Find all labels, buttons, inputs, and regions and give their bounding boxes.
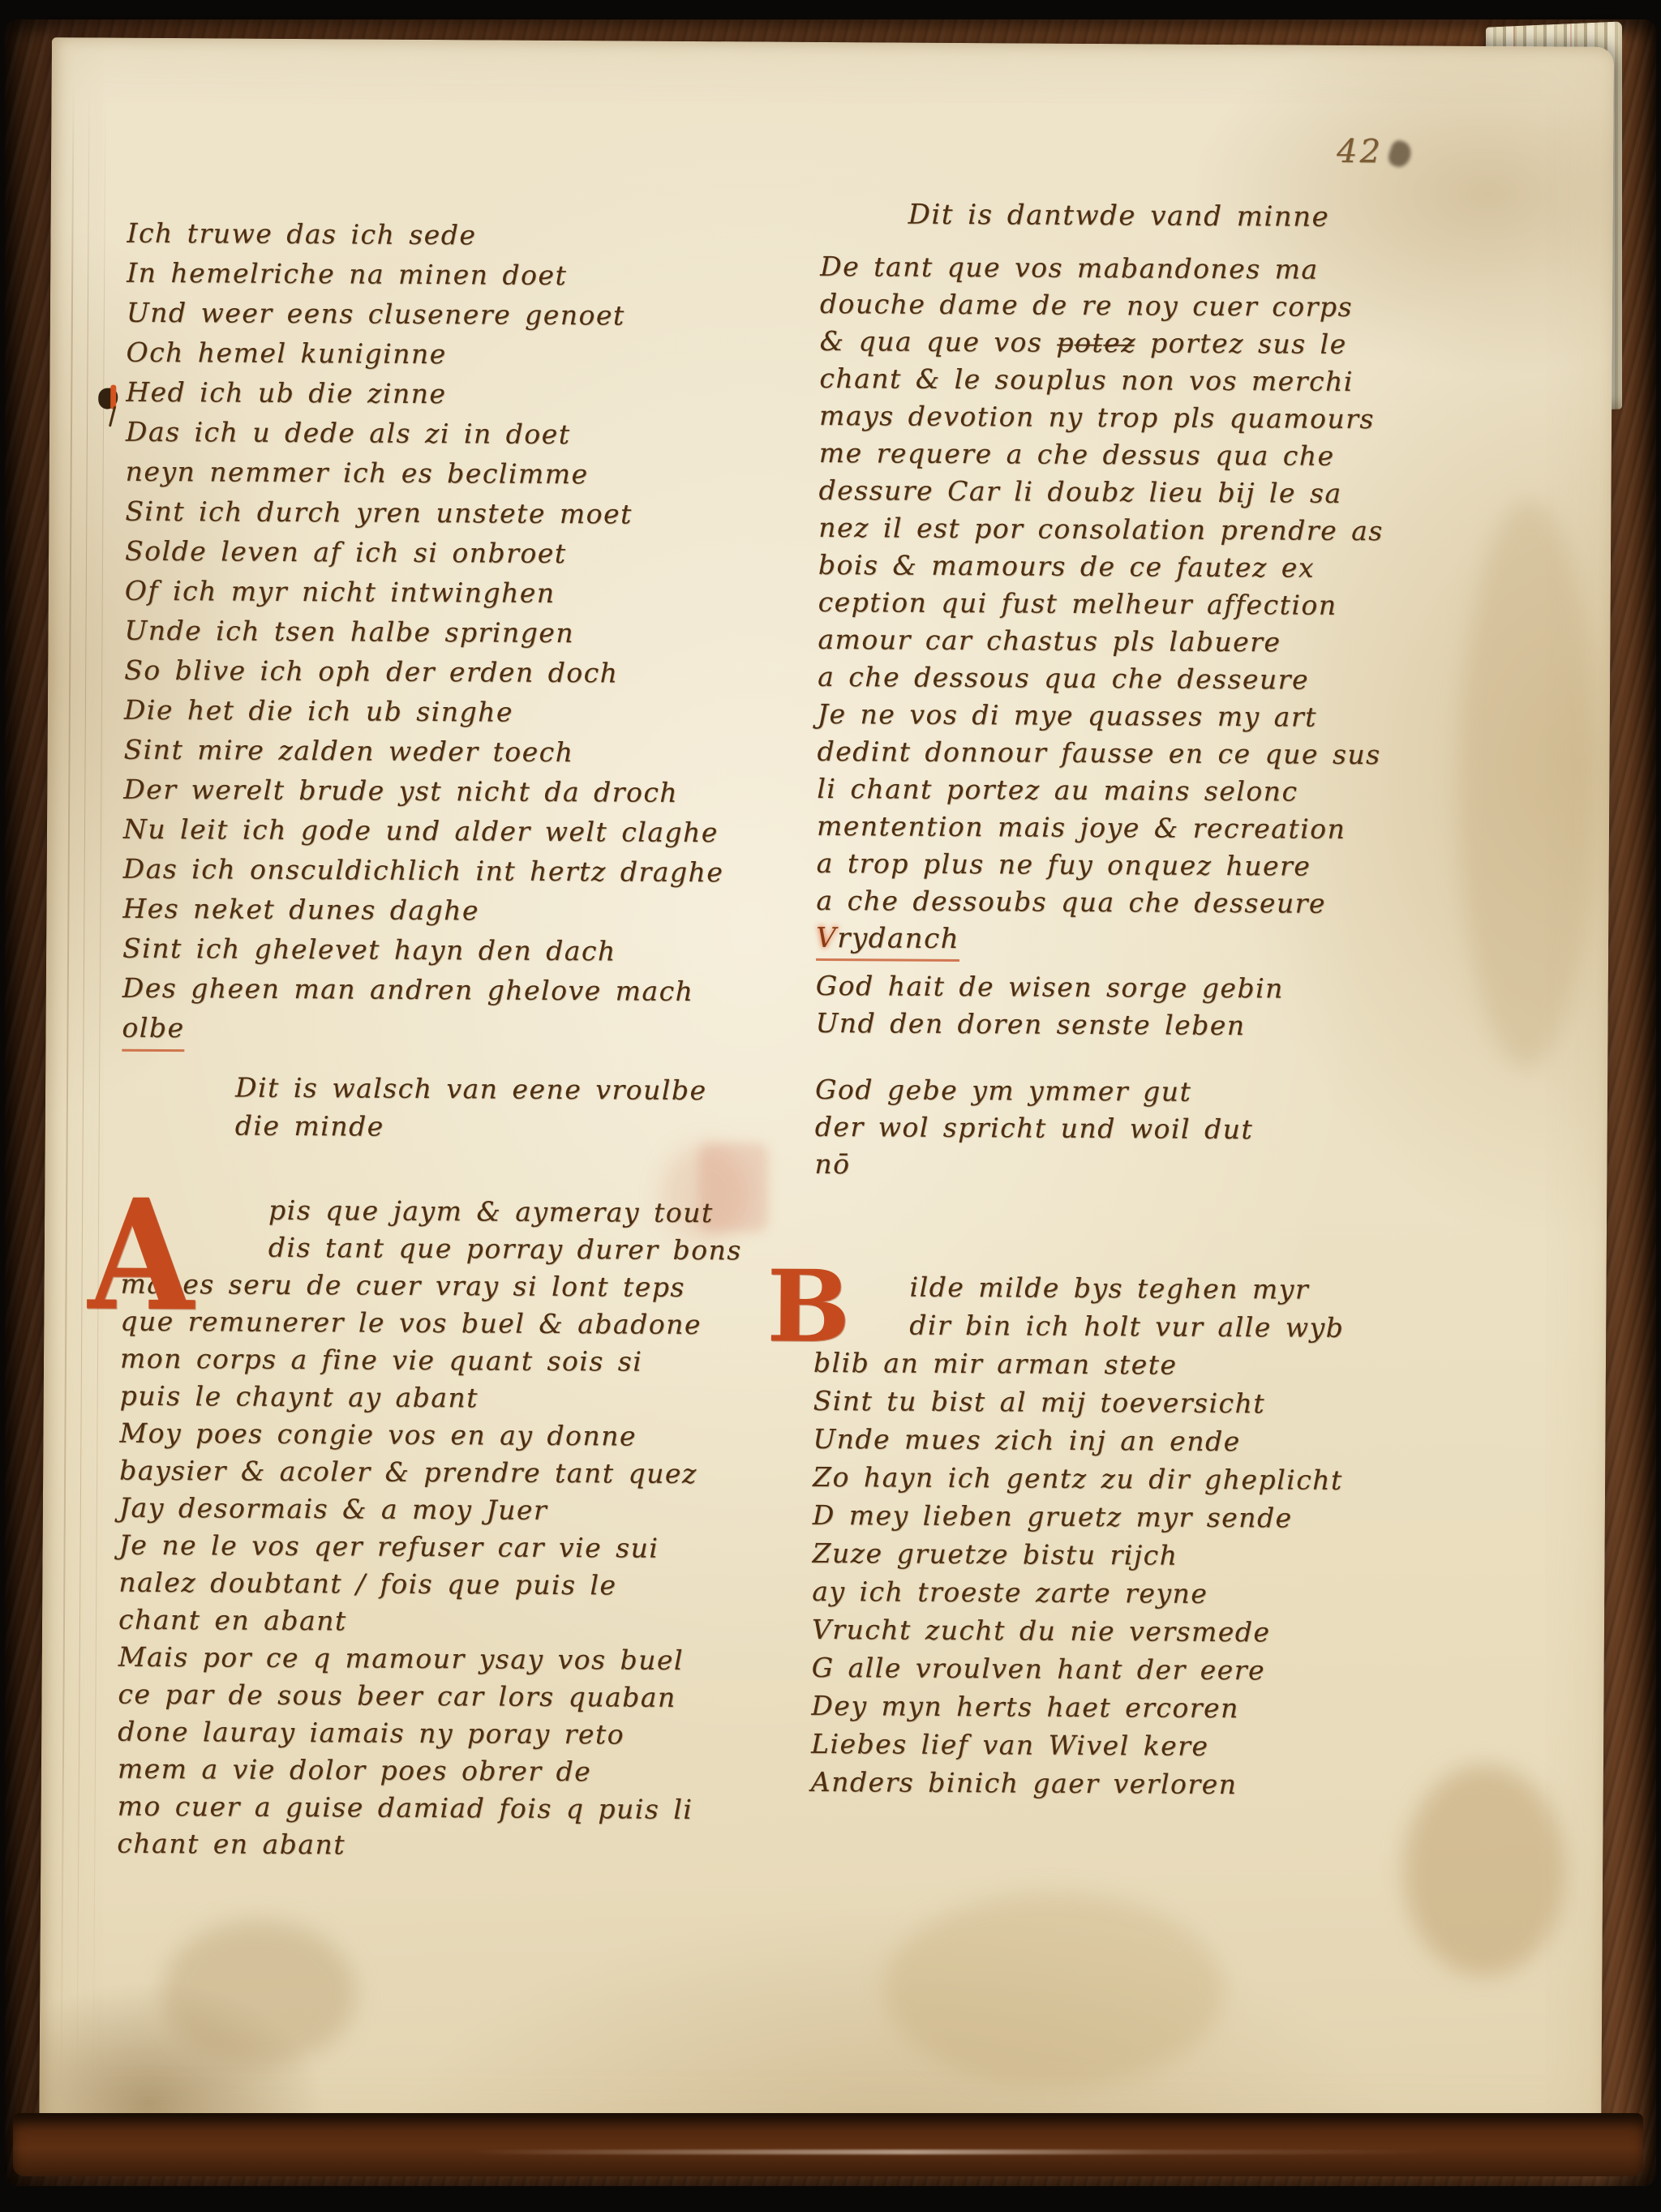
poem-line: Der werelt brude yst nicht da droch <box>123 769 845 813</box>
center-word: olbe <box>122 1008 184 1052</box>
poem-line: mays devotion ny trop pls quamours <box>819 397 1533 439</box>
poem-line: Und weer eens clusenere genoet <box>127 293 848 337</box>
parchment-crease <box>76 79 89 2103</box>
right-column-heading: Dit is dantwde vand minne <box>908 194 1534 240</box>
pilcrow-tail <box>109 406 116 427</box>
manuscript-page: 42 Ich truwe das ich sedeIn hemelriche n… <box>39 37 1614 2155</box>
poem-line: Sint mire zalden weder toech <box>123 730 845 774</box>
poem-line: a che dessous qua che desseure <box>818 658 1531 700</box>
poem-line: me requere a che dessus qua che <box>819 435 1533 476</box>
parchment-stain <box>883 1891 1225 2088</box>
poem-line: Och hemel kuniginne <box>126 332 848 376</box>
poem-line: der wol spricht und woil dut <box>815 1108 1529 1150</box>
poem-line: Zo hayn ich gentz zu dir gheplicht <box>813 1458 1526 1500</box>
poem-line: douche dame de re noy cuer corps <box>820 285 1534 327</box>
leather-binding: 42 Ich truwe das ich sedeIn hemelriche n… <box>5 19 1656 2186</box>
poem-line: Liebes lief van Wivel kere <box>811 1725 1525 1767</box>
poem-line: que remunerer le vos buel & abadone <box>120 1303 842 1344</box>
center-word-row: olbe <box>122 1008 843 1056</box>
catchword: nō <box>814 1146 1528 1187</box>
poem-line: Anders binich gaer verloren <box>811 1763 1525 1805</box>
poem-line: pis que jaym & aymeray tout <box>268 1192 843 1232</box>
lombard-initial-b: B <box>766 1261 852 1352</box>
poem-line: Sint ich durch yren unstete moet <box>125 491 847 535</box>
poem-line: mo cuer a guise damiad fois q puis li <box>117 1788 839 1829</box>
dutch-poem-left: Ich truwe das ich sedeIn hemelriche na m… <box>122 213 849 1012</box>
poem-line: In hemelriche na minen doet <box>127 253 848 297</box>
poem-line: done lauray iamais ny poray reto <box>118 1713 839 1755</box>
poem-line: manes seru de cuer vray si lont teps <box>120 1266 842 1307</box>
poem-line: & qua que vos p̶o̶t̶e̶z̶ portez sus le <box>820 323 1534 364</box>
poem-line: Moy poes congie vos en ay donne <box>119 1415 841 1456</box>
vridanch-heading-row: Vrydanch <box>816 920 1530 965</box>
poem-line: Jay desormais & a moy Juer <box>119 1490 841 1531</box>
right-heading-row: Dit is dantwde vand minne <box>908 194 1534 240</box>
poem-line: Und den doren senste leben <box>815 1005 1529 1046</box>
poem-line: Nu leit ich gode und alder welt claghe <box>123 809 845 853</box>
poem-line: nez il est por consolation prendre as <box>818 509 1532 551</box>
poem-line: chant & le souplus non vos merchi <box>819 360 1533 401</box>
parchment-crease <box>60 79 74 2103</box>
poem-line: Dey myn herts haet ercoren <box>811 1687 1525 1729</box>
french-answer-poem: De tant que vos mabandones madouche dame… <box>816 248 1534 924</box>
poem-line: ilde milde bys teghen myr <box>909 1268 1527 1310</box>
poem-line: Das ich onsculdichlich int hertz draghe <box>123 849 845 893</box>
dutch-poem-right-lines: ilde milde bys teghen myrdir bin ich hol… <box>811 1267 1528 1805</box>
vridanch-couplet-2: God gebe ym ymmer gutder wol spricht und… <box>815 1071 1530 1150</box>
folio-number-text: 42 <box>1337 133 1383 170</box>
poem-line: amour car chastus pls labuere <box>818 621 1531 662</box>
left-column: Ich truwe das ich sedeIn hemelriche na m… <box>117 213 848 1867</box>
poem-line: a trop plus ne fuy onquez huere <box>817 845 1530 886</box>
poem-line: Das ich u dede als zi in doet <box>126 412 848 456</box>
rubric-line: Dit is walsch van eene vroulbe <box>235 1069 843 1111</box>
ink-smudge <box>1386 139 1414 170</box>
poem-line: mem a vie dolor poes obrer de <box>118 1751 839 1792</box>
poem-line: Mais por ce q mamour ysay vos buel <box>118 1639 840 1680</box>
poem-line: baysier & acoler & prendre tant quez <box>119 1452 841 1494</box>
poem-line: li chant portez au mains selonc <box>817 770 1530 812</box>
poem-line: Vrucht zucht du nie versmede <box>812 1610 1526 1653</box>
pilcrow-mark <box>98 382 126 424</box>
french-poem-lines: pis que jaym & aymeray toutdis tant que … <box>117 1191 843 1867</box>
right-column: Dit is dantwde vand minne De tant que vo… <box>811 193 1534 1805</box>
poem-line: God hait de wisen sorge gebin <box>816 967 1530 1009</box>
vridanch-heading: Vrydanch <box>816 920 959 962</box>
poem-line: dir bin ich holt vur alle wyb <box>909 1306 1527 1348</box>
poem-line: blib an mir arman stete <box>813 1344 1527 1386</box>
poem-line: G alle vroulven hant der eere <box>812 1648 1526 1691</box>
poem-line: ce par de sous beer car lors quaban <box>118 1676 839 1717</box>
poem-line: Ich truwe das ich sede <box>127 213 848 257</box>
poem-line: Hed ich ub die zinne <box>126 372 848 416</box>
poem-line: Of ich myr nicht intwinghen <box>125 571 847 615</box>
poem-line: dedint donnour fausse en ce que sus <box>817 733 1530 774</box>
poem-line: Je ne vos di mye quasses my art <box>818 696 1531 737</box>
poem-line: Des gheen man andren ghelove mach <box>122 968 844 1012</box>
poem-line: mentention mais joye & recreation <box>817 808 1530 849</box>
poem-line: Unde ich tsen halbe springen <box>124 611 846 654</box>
poem-line: De tant que vos mabandones ma <box>820 248 1534 289</box>
poem-line: Hes neket dunes daghe <box>122 889 844 932</box>
poem-line: God gebe ym ymmer gut <box>815 1071 1529 1112</box>
dutch-poem-right: B ilde milde bys teghen myrdir bin ich h… <box>811 1267 1528 1805</box>
poem-line: Sint tu bist al mij toeversicht <box>813 1382 1527 1424</box>
poem-line: Solde leven af ich si onbroet <box>125 531 847 575</box>
poem-line: Sint ich ghelevet hayn den dach <box>122 928 844 972</box>
poem-line: mon corps a fine vie quant sois si <box>120 1340 842 1382</box>
poem-line: a che dessoubs qua che desseure <box>816 882 1530 924</box>
poem-line: neyn nemmer ich es beclimme <box>126 452 848 495</box>
poem-line: D mey lieben gruetz myr sende <box>813 1496 1526 1538</box>
poem-line: dessure Car li doubz lieu bij le sa <box>818 472 1532 513</box>
poem-line: ay ich troeste zarte reyne <box>812 1572 1526 1614</box>
parchment-stain <box>161 1919 357 2066</box>
poem-line: So blive ich oph der erden doch <box>124 650 846 694</box>
poem-line: Je ne le vos qer refuser car vie sui <box>118 1527 840 1568</box>
poem-line: Die het die ich ub singhe <box>124 690 846 734</box>
poem-line: ception qui fust melheur affection <box>818 584 1532 625</box>
poem-line: bois & mamours de ce fautez ex <box>818 547 1532 588</box>
bottom-leather-edge <box>13 2113 1643 2176</box>
french-poem-left: A pis que jaym & aymeray toutdis tant qu… <box>117 1191 843 1867</box>
rubric-line: die minde <box>235 1107 843 1149</box>
poem-line: chant en abant <box>117 1825 839 1867</box>
poem-line: puis le chaynt ay abant <box>120 1378 842 1419</box>
poem-line: Unde mues zich inj an ende <box>813 1420 1526 1462</box>
poem-line: Zuze gruetze bistu rijch <box>812 1534 1526 1576</box>
folio-number: 42 <box>1337 133 1412 171</box>
rubric-left: Dit is walsch van eene vroulbedie minde <box>235 1069 844 1149</box>
poem-line: nalez doubtant / fois que puis le <box>118 1564 840 1605</box>
lombard-initial-a: A <box>88 1186 195 1323</box>
vridanch-couplet-1: God hait de wisen sorge gebinUnd den dor… <box>815 967 1530 1046</box>
poem-line: chant en abant <box>118 1601 840 1643</box>
poem-line: dis tant que porray durer bons <box>268 1229 843 1270</box>
